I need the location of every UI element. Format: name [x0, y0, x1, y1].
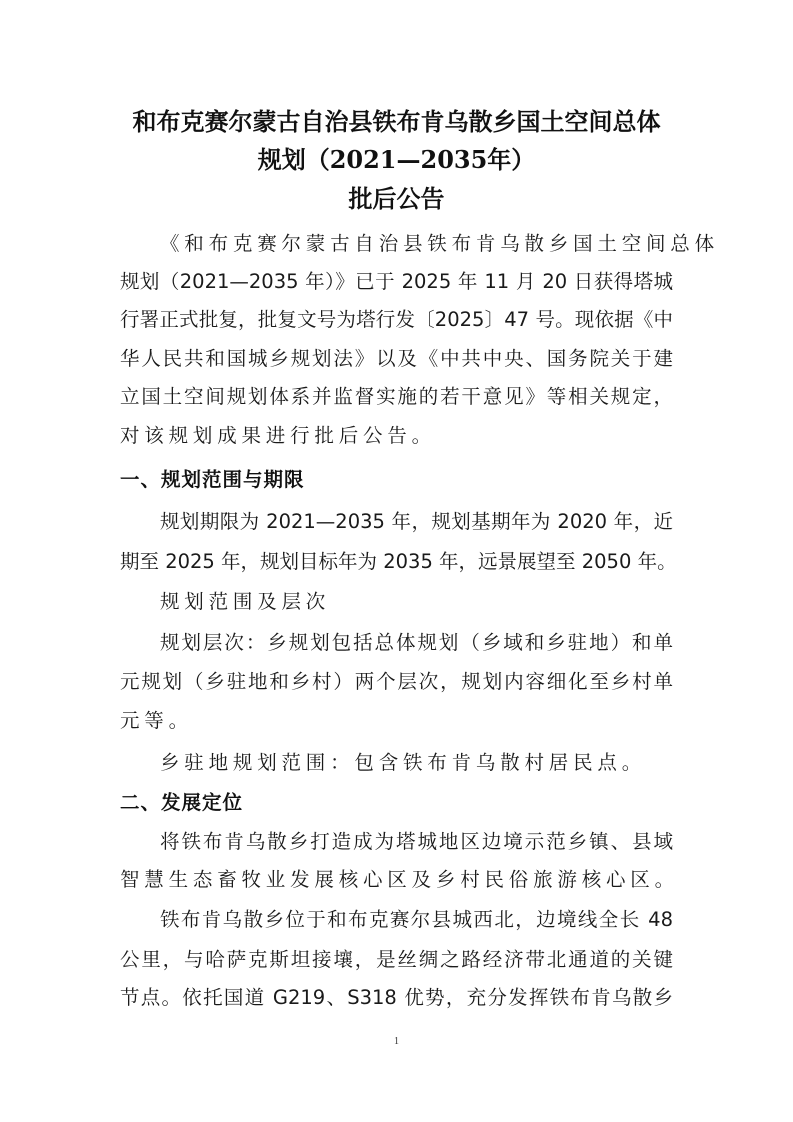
document-page: 和布克赛尔蒙古自治县铁布肯乌散乡国土空间总体 规划（2021—2035年） 批后…	[0, 0, 793, 1122]
section1-line: 规划层次：乡规划包括总体规划（乡域和乡驻地）和单	[160, 630, 673, 656]
section1-line: 规划期限为 2021—2035 年，规划基期年为 2020 年，近	[160, 509, 673, 535]
document-title-line-1: 和布克赛尔蒙古自治县铁布肯乌散乡国土空间总体	[0, 107, 793, 137]
section-heading-positioning: 二、发展定位	[120, 790, 243, 816]
intro-paragraph-line: 华人民共和国城乡规划法》以及《中共中央、国务院关于建	[120, 346, 673, 372]
intro-paragraph-line: 对该规划成果进行批后公告。	[120, 423, 680, 449]
section1-subheading: 规划范围及层次	[160, 589, 720, 615]
section1-line: 元等。	[120, 708, 680, 734]
section1-line: 元规划（乡驻地和乡村）两个层次，规划内容细化至乡村单	[120, 669, 673, 695]
section2-line: 智慧生态畜牧业发展核心区及乡村民俗旅游核心区。	[120, 867, 680, 893]
section-heading-scope: 一、规划范围与期限	[120, 467, 305, 493]
document-subtitle: 批后公告	[0, 184, 793, 214]
intro-paragraph-line: 立国土空间规划体系并监督实施的若干意见》等相关规定，	[120, 384, 673, 410]
intro-paragraph-line: 《和布克赛尔蒙古自治县铁布肯乌散乡国土空间总体	[160, 231, 720, 257]
section1-line: 乡驻地规划范围：包含铁布肯乌散村居民点。	[160, 750, 720, 776]
section2-line: 节点。依托国道 G219、S318 优势，充分发挥铁布肯乌散乡	[120, 985, 673, 1011]
document-title-line-2: 规划（2021—2035年）	[0, 145, 793, 175]
section2-line: 公里，与哈萨克斯坦接壤，是丝绸之路经济带北通道的关键	[120, 947, 673, 973]
section2-line: 铁布肯乌散乡位于和布克赛尔县城西北，边境线全长 48	[160, 907, 673, 933]
section1-line: 期至 2025 年，规划目标年为 2035 年，远景展望至 2050 年。	[120, 549, 673, 575]
intro-paragraph-line: 行署正式批复，批复文号为塔行发〔2025〕47 号。现依据《中	[120, 307, 673, 333]
page-number: 1	[0, 1036, 793, 1047]
intro-paragraph-line: 规划（2021—2035 年）》已于 2025 年 11 月 20 日获得塔城	[120, 269, 673, 295]
section2-line: 将铁布肯乌散乡打造成为塔城地区边境示范乡镇、县域	[160, 829, 673, 855]
